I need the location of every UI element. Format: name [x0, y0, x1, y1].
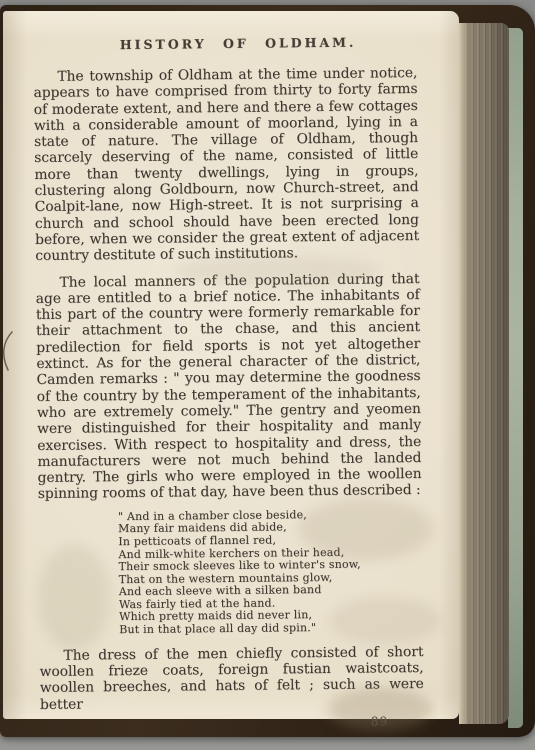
pen-mark [0, 330, 15, 372]
page-content: HISTORY OF OLDHAM. The township of Oldha… [33, 34, 424, 732]
running-title: HISTORY OF OLDHAM. [59, 34, 417, 53]
verse-quote: " And in a chamber close beside, Many fa… [118, 508, 423, 637]
cover-cloth-edge [508, 28, 523, 728]
paragraph-dress-of-men: The dress of the men chiefly consisted o… [39, 644, 424, 713]
book-photo: HISTORY OF OLDHAM. The township of Oldha… [0, 0, 535, 750]
paragraph-township: The township of Oldham at the time under… [33, 65, 419, 265]
page-fore-edge [459, 23, 509, 724]
book-page: HISTORY OF OLDHAM. The township of Oldha… [3, 11, 459, 719]
paragraph-local-manners: The local manners of the population duri… [35, 271, 421, 503]
